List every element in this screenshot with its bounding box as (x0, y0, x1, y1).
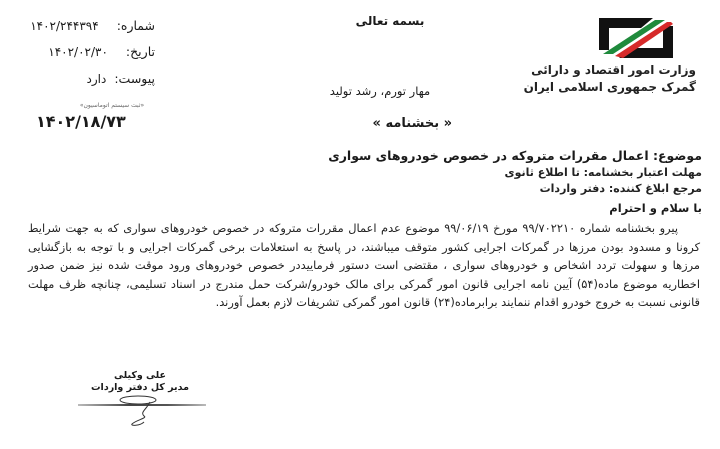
customs-name: گمرک جمهوری اسلامی ایران (496, 79, 696, 95)
bismillah-heading: بسمه تعالی (340, 14, 440, 28)
letter-body: پیرو بخشنامه شماره ۹۹/۷۰۲۲۱۰ مورخ ۹۹/۰۶/… (28, 219, 700, 312)
date-value: ۱۴۰۲/۰۲/۳۰ (48, 45, 108, 59)
year-slogan: مهار تورم، رشد تولید (300, 84, 460, 98)
validity-period: مهلت اعتبار بخشنامه: تا اطلاع ثانوی (402, 166, 702, 179)
number-value: ۱۴۰۲/۲۴۴۳۹۴ (30, 19, 99, 33)
customs-logo-icon (593, 16, 679, 60)
body-paragraph: پیرو بخشنامه شماره ۹۹/۷۰۲۲۱۰ مورخ ۹۹/۰۶/… (28, 219, 700, 312)
subject-title: موضوع: اعمال مقررات متروکه در خصوص خودرو… (302, 148, 702, 163)
letter-number: شماره: ۱۴۰۲/۲۴۴۳۹۴ (0, 18, 155, 33)
system-note: «ثبت سیستم اتوماسیون» (72, 102, 152, 109)
letter-attachment: پیوست: دارد (0, 71, 155, 86)
letter-date: تاریخ: ۱۴۰۲/۰۲/۳۰ (0, 44, 155, 59)
attachment-label: پیوست: (114, 71, 155, 86)
attachment-value: دارد (87, 72, 107, 86)
ministry-name: وزارت امور اقتصاد و دارائی (496, 62, 696, 78)
issuing-authority: مرجع ابلاغ کننده: دفتر واردات (402, 182, 702, 195)
registration-number: ۱۴۰۲/۱۸/۷۳ (36, 112, 166, 131)
date-label: تاریخ: (126, 44, 155, 59)
signer-name: علی وکیلی (90, 370, 190, 382)
customs-logo (593, 16, 679, 60)
greeting: با سلام و احترام (502, 201, 702, 215)
circular-label: « بخشنامه » (312, 116, 452, 131)
number-label: شماره: (117, 18, 155, 33)
signature-scribble-icon (110, 390, 170, 430)
